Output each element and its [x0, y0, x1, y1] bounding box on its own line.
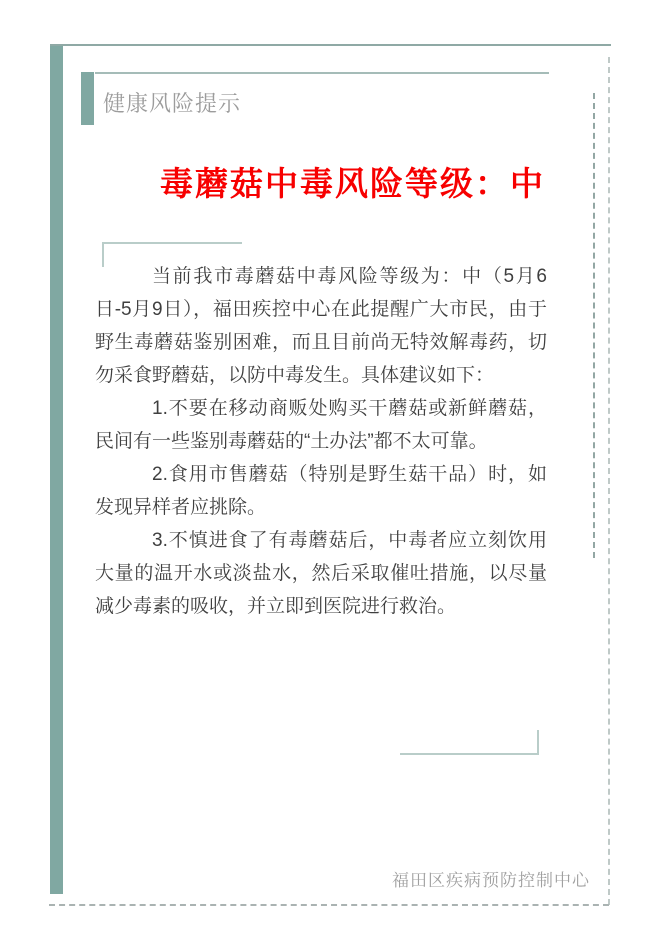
header-rule-line [95, 72, 549, 74]
top-rule-line [50, 44, 611, 46]
paragraph-advice-3: 3.不慎进食了有毒蘑菇后，中毒者应立刻饮用大量的温开水或淡盐水，然后采取催吐措施… [95, 524, 547, 623]
dashed-line-vertical-outer [608, 57, 610, 905]
corner-bracket-bottom-right [400, 730, 539, 755]
header-label: 健康风险提示 [103, 87, 241, 118]
notice-body: 当前我市毒蘑菇中毒风险等级为：中（5月6日-5月9日），福田疾控中心在此提醒广大… [95, 260, 547, 623]
dashed-line-vertical-inner [593, 93, 595, 558]
dashed-line-bottom [49, 904, 609, 906]
page-title: 毒蘑菇中毒风险等级：中 [95, 158, 610, 205]
health-notice-page: 健康风险提示 毒蘑菇中毒风险等级：中 当前我市毒蘑菇中毒风险等级为：中（5月6日… [0, 0, 660, 952]
header-accent-square [81, 72, 94, 125]
footer-signature: 福田区疾病预防控制中心 [392, 866, 590, 891]
left-accent-bar [50, 44, 63, 894]
paragraph-advice-2: 2.食用市售蘑菇（特别是野生菇干品）时，如发现异样者应挑除。 [95, 458, 547, 524]
paragraph-intro: 当前我市毒蘑菇中毒风险等级为：中（5月6日-5月9日），福田疾控中心在此提醒广大… [95, 260, 547, 392]
paragraph-advice-1: 1.不要在移动商贩处购买干蘑菇或新鲜蘑菇，民间有一些鉴别毒蘑菇的“土办法”都不太… [95, 392, 547, 458]
